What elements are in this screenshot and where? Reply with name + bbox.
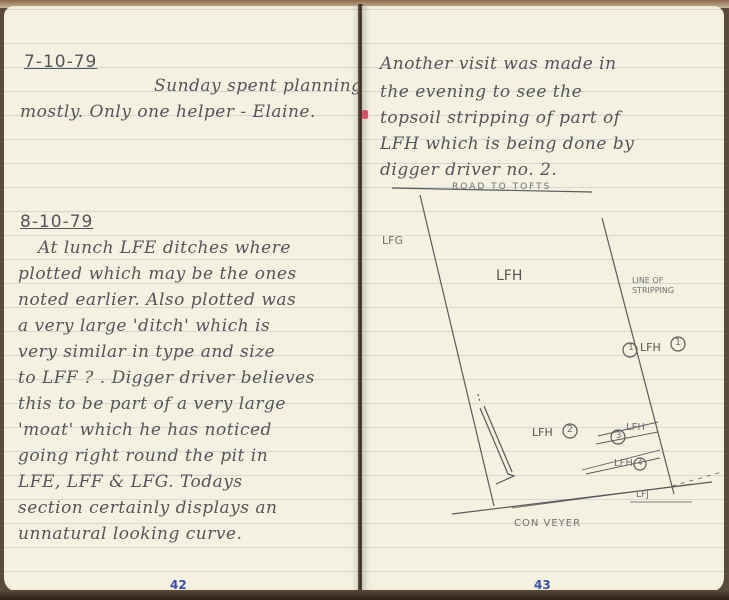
- entry-2-line-2: plotted which may be the ones: [18, 264, 297, 284]
- entry-2-line-12: unnatural looking curve.: [18, 524, 242, 544]
- conveyor-label: CON VEYER: [514, 518, 581, 529]
- lfh-area-label: LFH: [496, 268, 522, 284]
- feature-2-label: LFH: [532, 426, 553, 439]
- feature-1-label: LFH: [640, 341, 661, 354]
- entry-2-line-9: going right round the pit in: [18, 446, 268, 466]
- stripping-label-1: LINE OF: [632, 276, 663, 285]
- entry-2-line-4: a very large 'ditch' which is: [18, 316, 270, 336]
- entry-2-line-1: At lunch LFE ditches where: [38, 238, 291, 258]
- entry-2-line-7: this to be part of a very large: [18, 394, 286, 414]
- entry-2-line-8: 'moat' which he has noticed: [18, 420, 272, 440]
- lfj-label: LFJ: [636, 490, 649, 500]
- red-mark: [362, 110, 368, 119]
- lfg-area-label: LFG: [382, 234, 403, 247]
- feature-3-label: LFH: [626, 422, 645, 433]
- road-label: ROAD TO TOFTS: [452, 182, 551, 192]
- entry-date-2: 8-10-79: [20, 212, 93, 232]
- entry-date-1: 7-10-79: [24, 52, 97, 72]
- stripping-label-2: STRIPPING: [632, 286, 674, 295]
- feature-3-num: 3: [615, 431, 622, 441]
- notebook-bottom-edge: [0, 590, 729, 600]
- feature-2-num: 2: [566, 424, 574, 435]
- site-sketch: [362, 6, 724, 592]
- entry-1-line-1: Sunday spent planning LFN: [154, 76, 360, 96]
- entry-1-line-2: mostly. Only one helper - Elaine.: [20, 102, 316, 122]
- entry-2-line-5: very similar in type and size: [18, 342, 275, 362]
- feature-4-num: 4: [636, 458, 644, 467]
- feature-4-label: LFH: [614, 458, 633, 469]
- left-page: 7-10-79 Sunday spent planning LFN mostly…: [4, 6, 360, 592]
- feature-1-num-left: 1: [627, 343, 635, 353]
- feature-1-num-right: 1: [674, 337, 682, 348]
- entry-2-line-3: noted earlier. Also plotted was: [18, 290, 296, 310]
- right-page: Another visit was made in the evening to…: [362, 6, 724, 592]
- entry-2-line-6: to LFF ? . Digger driver believes: [18, 368, 315, 388]
- entry-2-line-11: section certainly displays an: [18, 498, 277, 518]
- entry-2-line-10: LFE, LFF & LFG. Todays: [18, 472, 243, 492]
